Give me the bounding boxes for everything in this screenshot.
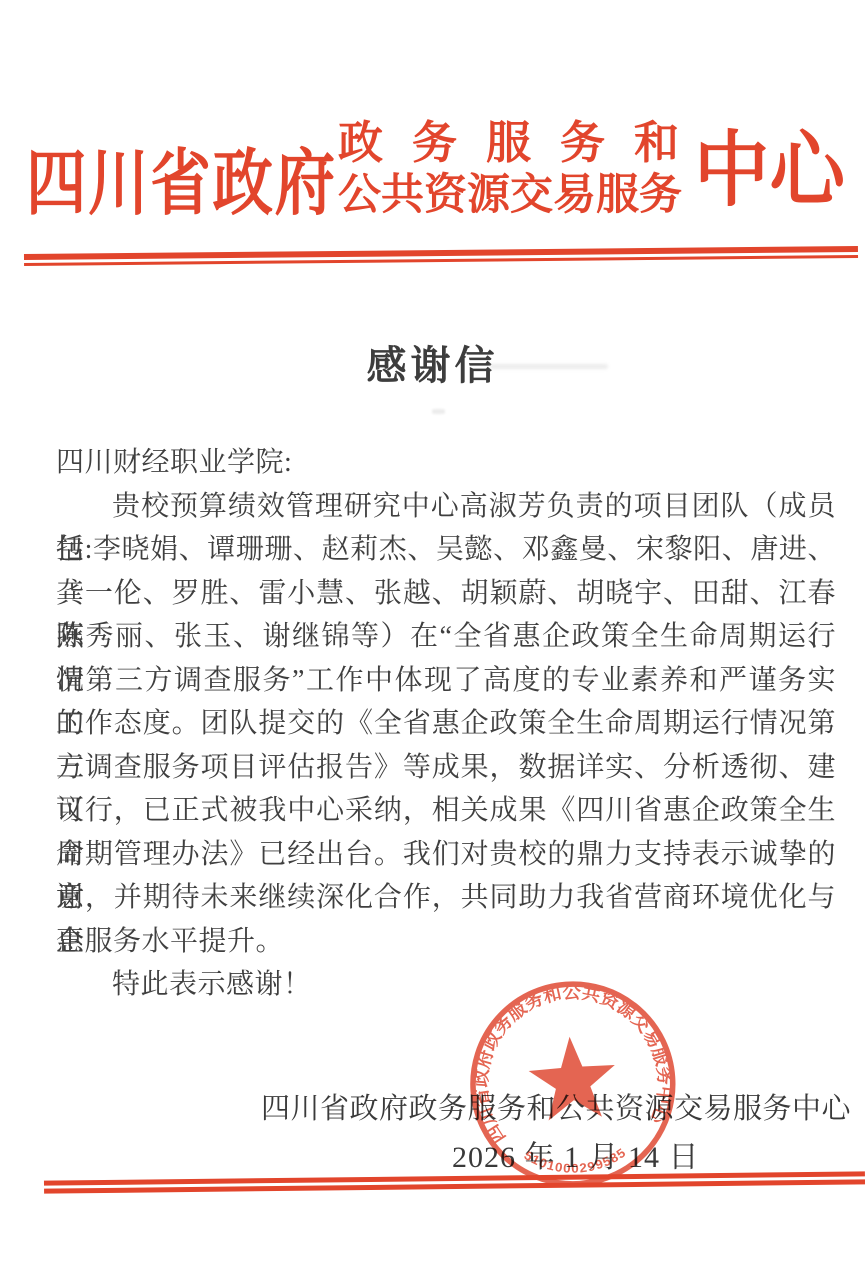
body-line: 括:李晓娟、谭珊珊、赵莉杰、吴懿、邓鑫曼、宋黎阳、唐进、 [56, 528, 836, 572]
scan-smudge [490, 364, 608, 369]
body-line: 陈秀丽、张玉、谢继锦等）在“全省惠企政策全生命周期运行情 [56, 615, 836, 659]
body-line: 龚一伦、罗胜、雷小慧、张越、胡颖蔚、胡晓宇、田甜、江春燕、 [56, 572, 836, 616]
body-line: 方调查服务项目评估报告》等成果，数据详实、分析透彻、建议 [56, 746, 836, 790]
letter-page: 四川省政府 政务服务和 公共资源交易服务 中心 感谢信 四川财经职业学院: 贵校… [0, 0, 865, 1281]
body-line: 企服务水平提升。 [56, 920, 836, 964]
letterhead-org-middle: 政务服务和 公共资源交易服务 [338, 121, 686, 217]
scan-smudge [432, 409, 445, 414]
body-line: 可行，已正式被我中心采纳，相关成果《四川省惠企政策全生命 [56, 789, 836, 833]
official-seal: 四川省政府政务服务和公共资源交易服务中心 5101000299585 [449, 962, 697, 1210]
salutation-line: 四川财经职业学院: [56, 441, 836, 485]
letterhead-org-middle-bottom: 公共资源交易服务 [338, 174, 686, 217]
letterhead-org-middle-top: 政务服务和 [338, 121, 686, 166]
body-line: 贵校预算绩效管理研究中心高淑芳负责的项目团队（成员包 [56, 485, 836, 529]
body-line: 周期管理办法》已经出台。我们对贵校的鼎力支持表示诚挚的谢 [56, 833, 836, 877]
body-line: 工作态度。团队提交的《全省惠企政策全生命周期运行情况第三 [56, 702, 836, 746]
letterhead-divider [24, 246, 858, 266]
letter-body: 四川财经职业学院: 贵校预算绩效管理研究中心高淑芳负责的项目团队（成员包 括:李… [56, 441, 836, 1007]
letterhead-org-right: 中心 [694, 130, 845, 212]
body-line: 意，并期待未来继续深化合作，共同助力我省营商环境优化与惠 [56, 876, 836, 920]
letterhead-org-left: 四川省政府 [26, 148, 337, 220]
body-line: 况第三方调查服务”工作中体现了高度的专业素养和严谨务实的 [56, 659, 836, 703]
seal-star-icon [526, 1034, 618, 1122]
page-title: 感谢信 [0, 334, 865, 391]
closing-line: 特此表示感谢！ [56, 963, 836, 1007]
